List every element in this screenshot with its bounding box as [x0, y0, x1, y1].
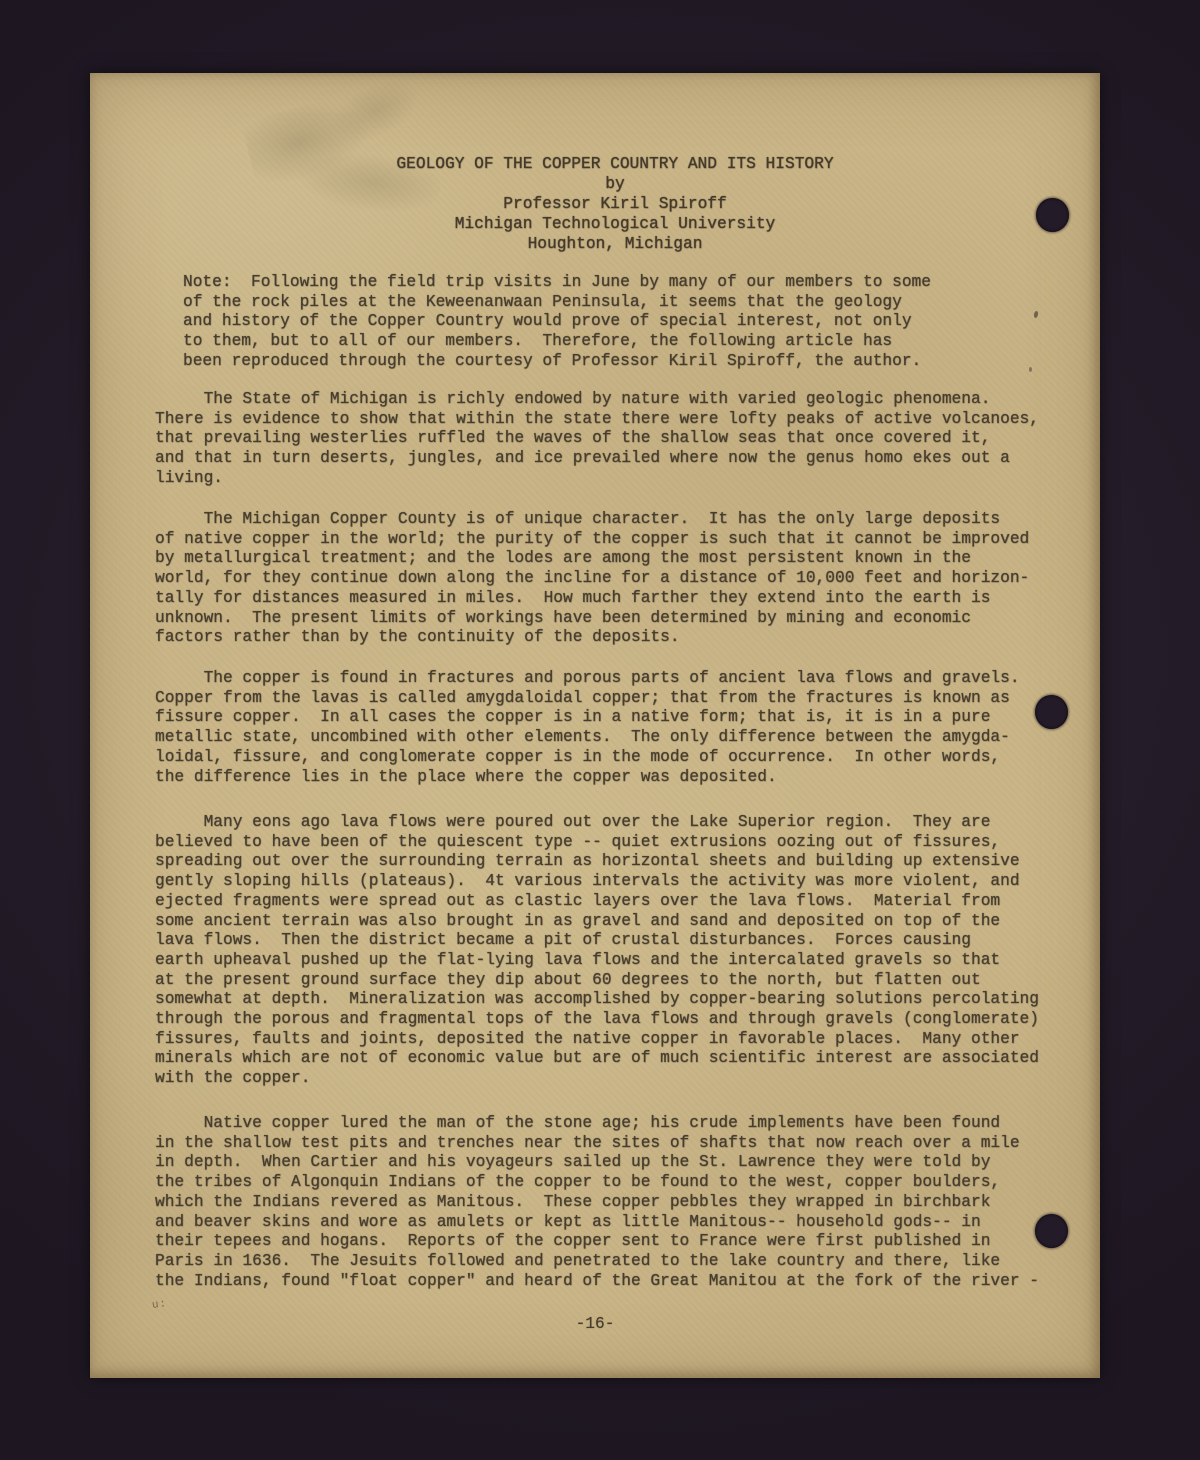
pencil-smudge — [321, 67, 429, 154]
document-header: GEOLOGY OF THE COPPER COUNTRY AND ITS HI… — [155, 154, 1075, 254]
hole-punch-top — [1036, 198, 1069, 232]
author-name: Professor Kiril Spiroff — [155, 194, 1075, 214]
page-title: GEOLOGY OF THE COPPER COUNTRY AND ITS HI… — [155, 154, 1075, 174]
ink-speck — [1033, 311, 1038, 319]
hole-punch-bottom — [1035, 1214, 1068, 1248]
hole-punch-middle — [1035, 695, 1068, 729]
stray-mark: u: — [151, 1298, 168, 1312]
byline: by — [155, 174, 1075, 194]
ink-speck — [1029, 367, 1032, 372]
paragraph-state-of-michigan: The State of Michigan is richly endowed … — [155, 390, 1039, 489]
scan-background: GEOLOGY OF THE COPPER COUNTRY AND ITS HI… — [0, 0, 1200, 1460]
note-paragraph: Note: Following the field trip visits in… — [183, 273, 931, 372]
paragraph-native-copper-history: Native copper lured the man of the stone… — [155, 1114, 1039, 1291]
document-page: GEOLOGY OF THE COPPER COUNTRY AND ITS HI… — [90, 73, 1100, 1378]
institution: Michigan Technological University — [155, 214, 1075, 234]
paragraph-lava-flows: Many eons ago lava flows were poured out… — [155, 813, 1039, 1089]
paragraph-copper-county: The Michigan Copper County is of unique … — [155, 510, 1029, 648]
paragraph-copper-occurrence: The copper is found in fractures and por… — [155, 669, 1020, 787]
location: Houghton, Michigan — [155, 234, 1075, 254]
page-number: -16- — [155, 1315, 1035, 1333]
